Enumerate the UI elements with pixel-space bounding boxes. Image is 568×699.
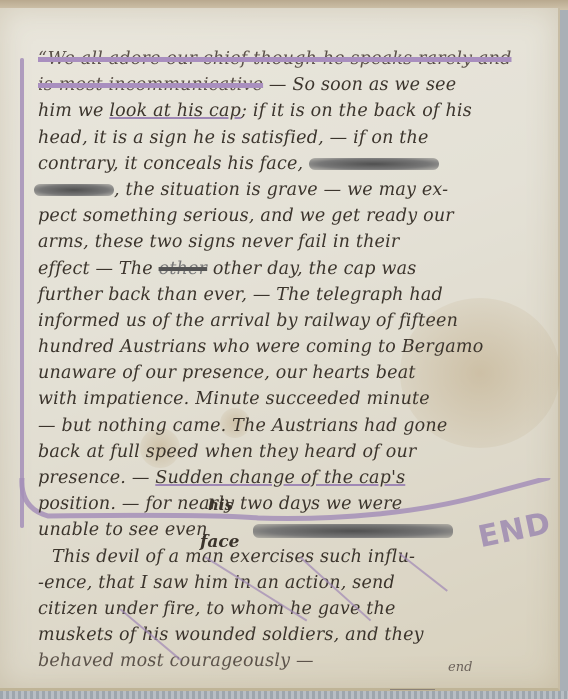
text-line: citizen under fire, to whom he gave the (38, 596, 548, 622)
line-text: unable to see even (38, 520, 208, 540)
line-text: , the situation is grave — we may ex- (114, 180, 448, 200)
line-text: — but nothing came. The Austrians had go… (38, 416, 447, 436)
line-text: contrary, it conceals his face, (38, 154, 309, 174)
text-line: This devil of a man exercises such influ… (38, 544, 548, 570)
margin-bracket-line (20, 58, 24, 528)
line-text: head, it is a sign he is satisfied, — if… (38, 128, 429, 148)
line-text: him we (38, 101, 109, 121)
ink-blot-redaction (34, 184, 114, 196)
text-line: presence. — Sudden change of the cap's (38, 465, 548, 491)
text-line: -ence, that I saw him in an action, send (38, 570, 548, 596)
text-line: informed us of the arrival by railway of… (38, 308, 548, 334)
text-line: position. — for nearly two days we were (38, 491, 548, 517)
line-text: ; if it is on the back of his (241, 101, 472, 121)
text-line: hundred Austrians who were coming to Ber… (38, 334, 548, 360)
end-note: end (448, 660, 472, 675)
line-text: -ence, that I saw him in an action, send (38, 573, 395, 593)
line-text: informed us of the arrival by railway of… (38, 311, 458, 331)
line-text: other day, the cap was (207, 259, 416, 279)
end-rule (390, 689, 435, 690)
text-line: pect something serious, and we get ready… (38, 203, 548, 229)
text-line: “We all adore our chief though he speaks… (38, 46, 548, 72)
inserted-word-above: his (208, 496, 233, 514)
line-text: pect something serious, and we get ready… (38, 206, 454, 226)
text-line: effect — The other other day, the cap wa… (38, 256, 548, 282)
line-text: effect — The (38, 259, 159, 279)
inserted-word-below: face (200, 532, 240, 552)
text-line: unable to see even (38, 517, 548, 543)
text-line: — but nothing came. The Austrians had go… (38, 413, 548, 439)
line-text: presence. — (38, 468, 155, 488)
line-text: unaware of our presence, our hearts beat (38, 363, 416, 383)
line-text: muskets of his wounded soldiers, and the… (38, 625, 424, 645)
text-line: is most incommunicative — So soon as we … (38, 72, 548, 98)
text-line: muskets of his wounded soldiers, and the… (38, 622, 548, 648)
ink-blot-redaction (309, 158, 439, 170)
underlined-text: Sudden change of the cap's (155, 468, 405, 488)
text-line: further back than ever, — The telegraph … (38, 282, 548, 308)
line-text: with impatience. Minute succeeded minute (38, 389, 430, 409)
line-text: further back than ever, — The telegraph … (38, 285, 443, 305)
text-line: back at full speed when they heard of ou… (38, 439, 548, 465)
text-line: head, it is a sign he is satisfied, — if… (38, 125, 548, 151)
struck-word: other (159, 259, 208, 279)
line-text: hundred Austrians who were coming to Ber… (38, 337, 483, 357)
struck-text: “We all adore our chief though he speaks… (38, 49, 512, 69)
text-line: unaware of our presence, our hearts beat (38, 360, 548, 386)
line-text: — So soon as we see (263, 75, 456, 95)
text-line: , the situation is grave — we may ex- (34, 177, 548, 203)
line-text: citizen under fire, to whom he gave the (38, 599, 396, 619)
underlined-text: look at his cap (109, 101, 241, 121)
scan-background-edge (0, 691, 568, 699)
struck-text: is most incommunicative (38, 75, 263, 95)
line-text: back at full speed when they heard of ou… (38, 442, 417, 462)
ink-blot-redaction (253, 524, 453, 538)
text-line: him we look at his cap; if it is on the … (38, 98, 548, 124)
text-line: contrary, it conceals his face, (38, 151, 548, 177)
line-text: arms, these two signs never fail in thei… (38, 232, 399, 252)
text-line: arms, these two signs never fail in thei… (38, 229, 548, 255)
manuscript-page: “We all adore our chief though he speaks… (0, 8, 560, 691)
manuscript-text: “We all adore our chief though he speaks… (38, 46, 548, 675)
text-line: with impatience. Minute succeeded minute (38, 386, 548, 412)
